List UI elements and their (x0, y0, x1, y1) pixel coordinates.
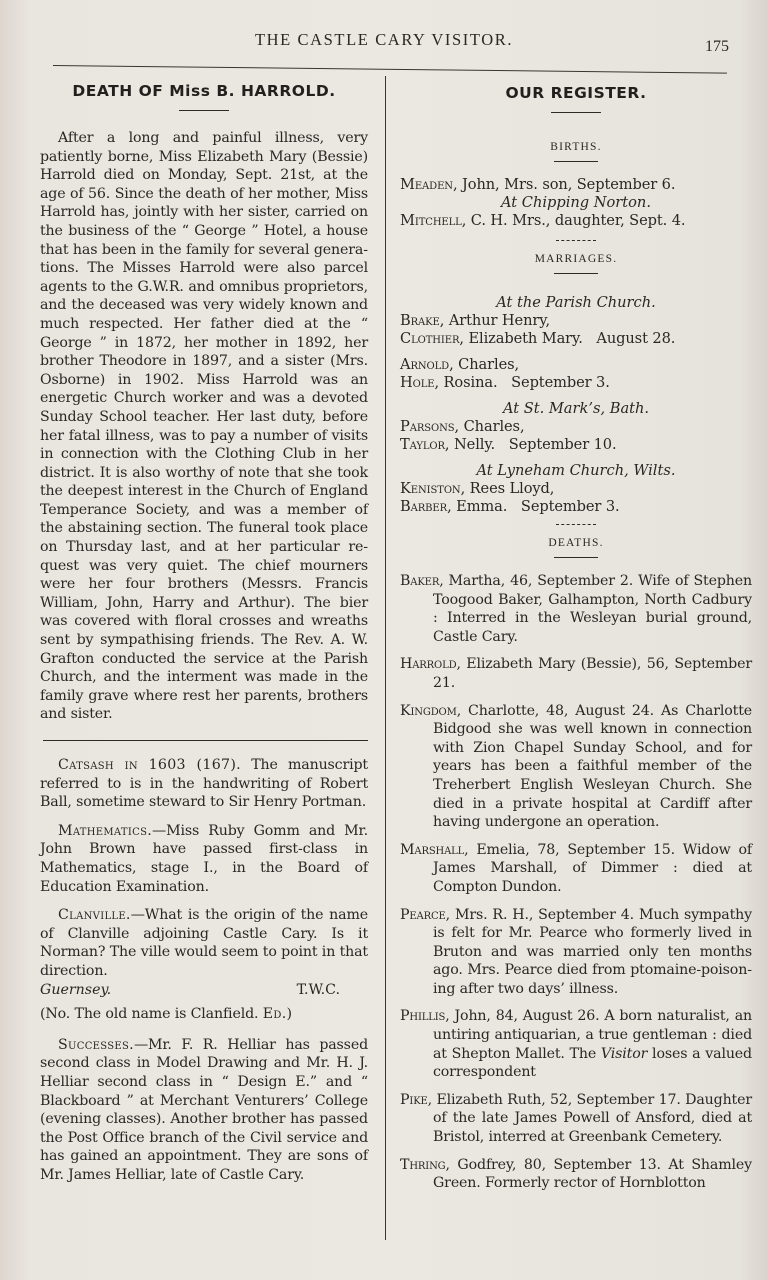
editor-reply-text: (No. The old name is Clanfield. (40, 1006, 263, 1022)
surname: Pike (400, 1092, 428, 1108)
death-entry: Thring, Godfrey, 80, September 13. At Sh… (400, 1156, 752, 1193)
birth-entry: Mitchell, C. H. Mrs., daughter, Sept. 4. (400, 212, 752, 230)
signature-initials: T.W.C. (297, 981, 340, 1000)
marriage-pair: Brake, Arthur Henry, Clothier, Elizabeth… (400, 312, 752, 348)
death-entry: Pike, Elizabeth Ruth, 52, September 17. … (400, 1091, 752, 1147)
publication-name: Visitor (601, 1046, 647, 1062)
marriage-pair: Parsons, Charles, Taylor, Nelly. Septemb… (400, 418, 752, 454)
surname: Baker (400, 573, 439, 589)
note-heading: Clanville. (58, 907, 131, 923)
marriages-heading: MARRIAGES. (400, 253, 752, 265)
births-rule (554, 161, 598, 162)
surname: Harrold (400, 656, 456, 672)
births-end-rule (556, 240, 596, 241)
surname: Marshall (400, 842, 464, 858)
note-text: —Mr. F. R. Helliar has passed second cla… (40, 1037, 368, 1183)
note-heading: Successes. (58, 1037, 134, 1053)
title-rule (551, 112, 601, 113)
birth-entry: Meaden, John, Mrs. son, September 6. (400, 176, 752, 194)
entry-text: , Nelly. September 10. (445, 436, 617, 453)
marriage-place: At St. Mark’s, Bath. (400, 400, 752, 418)
signature-place: Guernsey. (40, 981, 111, 1000)
entry-text: , Charles, (449, 356, 519, 373)
title-rule (179, 110, 229, 111)
surname: Meaden (400, 176, 453, 193)
marriages-end-rule (556, 524, 596, 525)
entry-text: , Charlotte, 48, August 24. As Charlotte… (433, 703, 752, 831)
marriage-place: At the Parish Church. (400, 294, 752, 312)
entry-text: , Elizabeth Mary (Bessie), 56, September… (433, 656, 752, 691)
editor-mark: Ed.) (263, 1006, 293, 1022)
marriage-pair: Keniston, Rees Lloyd, Barber, Emma. Sept… (400, 480, 752, 516)
entry-text: , Arthur Henry, (440, 312, 550, 329)
left-column: DEATH OF Miss B. HARROLD. After a long a… (40, 78, 368, 1194)
entry-text: , Martha, 46, September 2. Wife of Steph… (433, 573, 752, 645)
section-separator (43, 740, 368, 741)
surname: Hole (400, 374, 434, 391)
note-heading: Mathematics. (58, 823, 152, 839)
editor-reply: (No. The old name is Clanfield. Ed.) (40, 1005, 368, 1024)
surname: Kingdom (400, 703, 457, 719)
note-mathematics: Mathematics.—Miss Ruby Gomm and Mr. John… (40, 822, 368, 896)
births-heading: BIRTHS. (400, 141, 752, 153)
entry-text: , Elizabeth Ruth, 52, September 17. Daug… (428, 1092, 752, 1145)
entry-text: , Emelia, 78, September 15. Widow of Jam… (433, 842, 752, 895)
surname: Barber (400, 498, 447, 515)
entry-text: , Charles, (455, 418, 525, 435)
obituary-text: After a long and painful illness, very p… (40, 129, 368, 724)
column-divider (385, 76, 386, 1240)
surname: Brake (400, 312, 440, 329)
surname: Clothier (400, 330, 459, 347)
marriages-rule (554, 273, 598, 274)
surname: Pearce (400, 907, 446, 923)
death-entry: Baker, Martha, 46, September 2. Wife of … (400, 572, 752, 646)
deaths-rule (554, 557, 598, 558)
death-entry: Kingdom, Charlotte, 48, August 24. As Ch… (400, 702, 752, 832)
entry-text: , C. H. Mrs., daughter, Sept. 4. (462, 212, 686, 229)
entry-text: , Godfrey, 80, September 13. At Shamley … (433, 1157, 752, 1192)
death-entry: Pearce, Mrs. R. H., September 4. Much sy… (400, 906, 752, 999)
entry-text: , Rees Lloyd, (461, 480, 555, 497)
note-successes: Successes.—Mr. F. R. Helliar has passed … (40, 1036, 368, 1185)
marriage-place: At Lyneham Church, Wilts. (400, 462, 752, 480)
note-catsash: Catsash in 1603 (167). The manuscript re… (40, 756, 368, 812)
entry-text: , Rosina. September 3. (434, 374, 609, 391)
surname: Taylor (400, 436, 445, 453)
deaths-list: Baker, Martha, 46, September 2. Wife of … (400, 572, 752, 1193)
surname: Phillis (400, 1008, 445, 1024)
entry-text: , John, Mrs. son, September 6. (453, 176, 675, 193)
births-list: Meaden, John, Mrs. son, September 6. At … (400, 176, 752, 230)
signature-row: Guernsey. T.W.C. (40, 981, 368, 1000)
surname: Mitchell (400, 212, 462, 229)
right-column: OUR REGISTER. BIRTHS. Meaden, John, Mrs.… (400, 82, 752, 1202)
marriages-list: At the Parish Church. Brake, Arthur Henr… (400, 294, 752, 516)
surname: Arnold (400, 356, 449, 373)
entry-text: , Emma. September 3. (447, 498, 620, 515)
death-entry: Marshall, Emelia, 78, September 15. Wido… (400, 841, 752, 897)
running-head: THE CASTLE CARY VISITOR. (0, 30, 768, 50)
entry-text: , Elizabeth Mary. August 28. (459, 330, 675, 347)
register-title: OUR REGISTER. (400, 84, 752, 102)
marriage-pair: Arnold, Charles, Hole, Rosina. September… (400, 356, 752, 392)
obituary-title: DEATH OF Miss B. HARROLD. (40, 82, 368, 100)
header-rule (53, 65, 727, 74)
note-clanville: Clanville.—What is the origin of the nam… (40, 906, 368, 1024)
entry-text: , Mrs. R. H., September 4. Much sympathy… (433, 907, 752, 997)
birth-place: At Chipping Norton. (400, 194, 752, 212)
page-number: 175 (705, 38, 729, 56)
death-entry: Phillis, John, 84, August 26. A born nat… (400, 1007, 752, 1081)
note-heading: Catsash in 1603 (167). (58, 757, 241, 773)
deaths-heading: DEATHS. (400, 537, 752, 549)
surname: Keniston (400, 480, 461, 497)
surname: Parsons (400, 418, 455, 435)
surname: Thring (400, 1157, 446, 1173)
death-entry: Harrold, Elizabeth Mary (Bessie), 56, Se… (400, 655, 752, 692)
